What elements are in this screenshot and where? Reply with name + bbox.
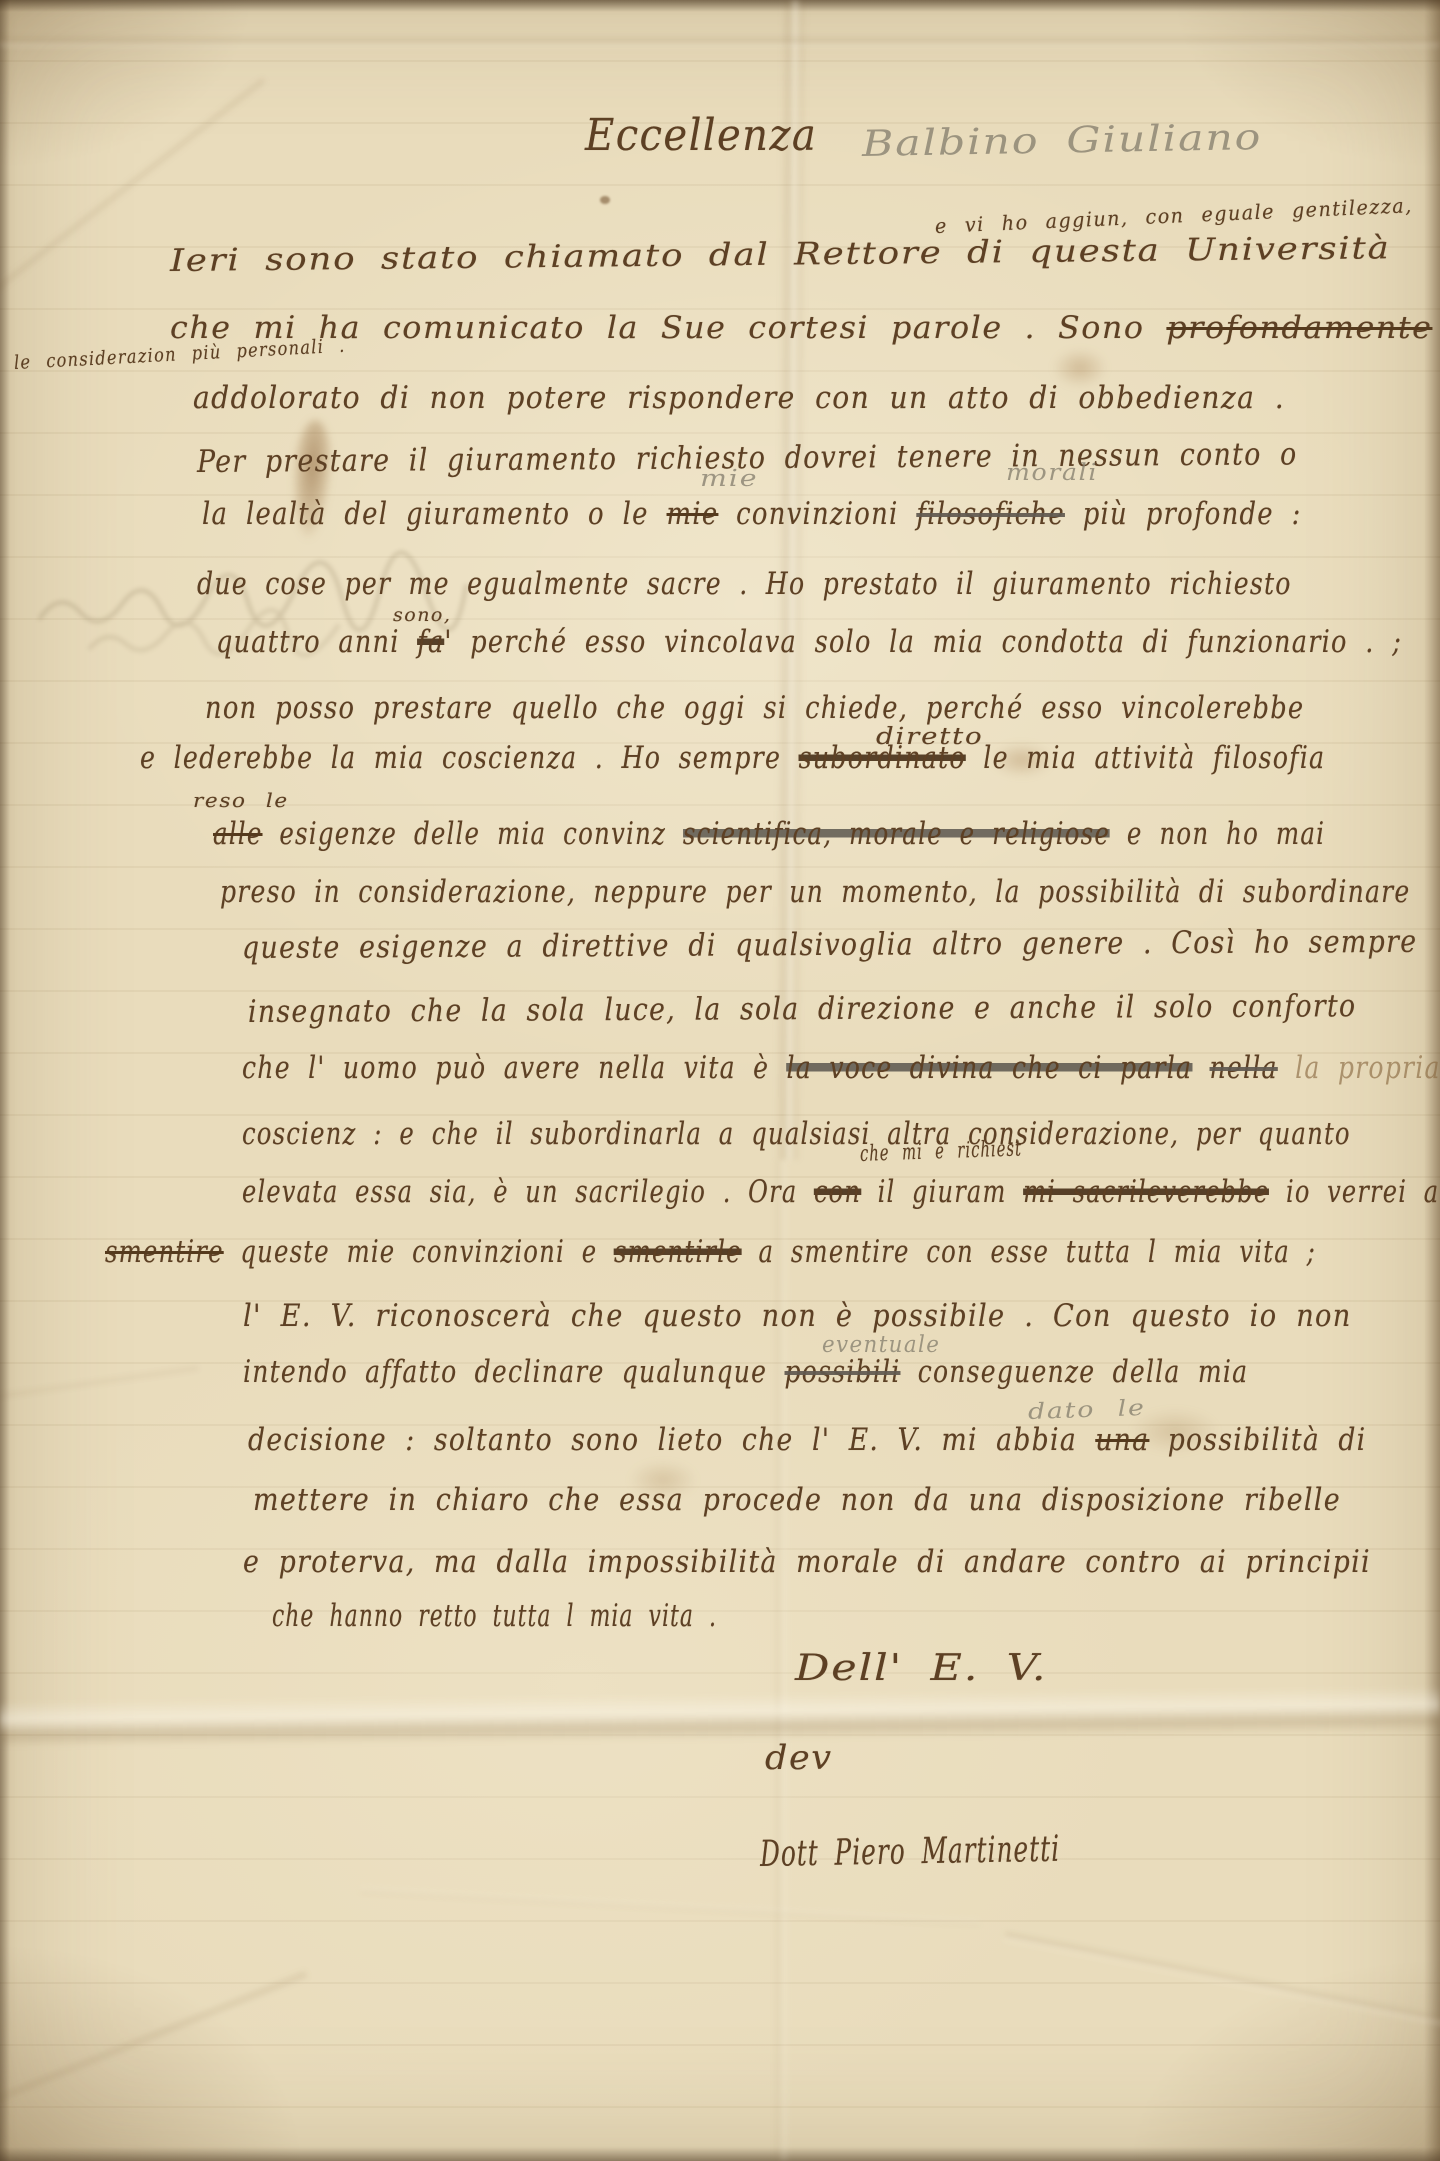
line-05-seg-4: più profonde : bbox=[1065, 496, 1302, 532]
interline-insert-sono-seg-0: sono, bbox=[393, 604, 451, 626]
line-03-seg-0: addolorato di non potere rispondere con … bbox=[193, 380, 1285, 416]
interline-insert-mie: mie bbox=[700, 466, 758, 492]
line-12-seg-0: queste esigenze a direttive di qualsivog… bbox=[242, 924, 1418, 966]
interline-insert-mie-seg-0: mie bbox=[700, 466, 758, 492]
line-09-seg-0: e lederebbe la mia coscienza . Ho sempre bbox=[140, 740, 799, 776]
scan-edge-top bbox=[0, 0, 1440, 12]
line-05-seg-3: filosofiche bbox=[916, 496, 1065, 532]
line-18-seg-0: l' E. V. riconoscerà che questo non è po… bbox=[243, 1298, 1352, 1334]
line-20-seg-2: possibilità di bbox=[1149, 1422, 1366, 1458]
line-09-seg-1: subordinato bbox=[799, 740, 966, 776]
line-10-seg-0: alle bbox=[213, 816, 263, 852]
horizontal-fold-lower bbox=[0, 1686, 1440, 1747]
line-03: addolorato di non potere rispondere con … bbox=[193, 380, 1285, 416]
line-17-seg-3: a smentire con esse tutta l mia vita ; bbox=[742, 1234, 1316, 1270]
interline-insert-richiesto: che mi è richiest bbox=[860, 1136, 1023, 1167]
line-23-seg-0: che hanno retto tutta l mia vita . bbox=[272, 1598, 717, 1634]
line-07-seg-0: quattro anni bbox=[216, 624, 417, 660]
line-07-seg-1: fa bbox=[417, 624, 444, 660]
line-08-seg-0: non posso prestare quello che oggi si ch… bbox=[205, 690, 1304, 726]
line-01: Ieri sono stato chiamato dal Rettore di … bbox=[170, 230, 1391, 279]
line-14-seg-3: nella bbox=[1210, 1050, 1278, 1086]
addressee-pencil: Balbino Giuliano bbox=[862, 117, 1263, 165]
line-16-seg-3: mi sacrileverebbe bbox=[1023, 1174, 1269, 1210]
salutation-seg-0: Eccellenza bbox=[585, 110, 817, 161]
wrinkle-left-mid bbox=[0, 1364, 199, 1404]
line-17-seg-1: queste mie convinzioni e bbox=[224, 1234, 614, 1270]
line-14-seg-5: la propria bbox=[1295, 1050, 1440, 1086]
interline-insert-reso-le-seg-0: reso le bbox=[193, 788, 289, 812]
line-16-seg-1: con bbox=[814, 1174, 861, 1210]
line-20: decisione : soltanto sono lieto che l' E… bbox=[248, 1422, 1366, 1458]
line-16-seg-0: elevata essa sia, è un sacrilegio . Ora bbox=[242, 1174, 814, 1210]
line-01-seg-0: Ieri sono stato chiamato dal Rettore di … bbox=[170, 230, 1391, 279]
line-11: preso in considerazione, neppure per un … bbox=[220, 874, 1410, 910]
line-19-seg-0: intendo affatto declinare qualunque bbox=[243, 1354, 785, 1390]
diagonal-crease-bottom-left bbox=[0, 1969, 308, 2121]
interline-insert-richiesto-seg-0: che mi è richiest bbox=[860, 1136, 1023, 1167]
line-14-seg-1: la voce divina che ci parla bbox=[787, 1050, 1193, 1086]
line-06-seg-0: due cose per me egualmente sacre . Ho pr… bbox=[197, 566, 1292, 602]
line-19-seg-1: possibili bbox=[785, 1354, 901, 1390]
line-19: intendo affatto declinare qualunque poss… bbox=[243, 1354, 1248, 1390]
line-23: che hanno retto tutta l mia vita . bbox=[272, 1598, 717, 1634]
line-16-seg-4: io verrei a bbox=[1269, 1174, 1439, 1210]
salutation: Eccellenza bbox=[585, 110, 817, 161]
line-02: che mi ha comunicato la Sue cortesi paro… bbox=[170, 310, 1432, 346]
interline-insert-reso-le: reso le bbox=[193, 788, 289, 812]
signature-seg-0: Dott Piero Martinetti bbox=[760, 1829, 1061, 1875]
line-16-seg-2: il giuram bbox=[861, 1174, 1023, 1210]
diagonal-crease-bottom-right bbox=[1004, 1930, 1440, 2040]
line-10: alle esigenze delle mia convinz scientif… bbox=[213, 816, 1325, 852]
closing-seg-0: Dell' E. V. bbox=[795, 1648, 1047, 1689]
line-21: mettere in chiaro che essa procede non d… bbox=[253, 1482, 1341, 1518]
line-07-seg-2: ' perché esso vincolava solo la mia cond… bbox=[444, 624, 1402, 660]
line-20-seg-0: decisione : soltanto sono lieto che l' E… bbox=[248, 1422, 1095, 1458]
line-14-seg-4 bbox=[1278, 1050, 1295, 1086]
manuscript-page: EccellenzaBalbino GiulianoIeri sono stat… bbox=[0, 0, 1440, 2161]
line-05-seg-1: mie bbox=[667, 496, 719, 532]
line-17: smentire queste mie convinzioni e smenti… bbox=[105, 1234, 1316, 1270]
line-18: l' E. V. riconoscerà che questo non è po… bbox=[243, 1298, 1352, 1334]
interline-insert-dato-le-seg-0: dato le bbox=[1028, 1396, 1147, 1425]
line-14-seg-0: che l' uomo può avere nella vita è bbox=[242, 1050, 787, 1086]
line-10-seg-1: esigenze delle mia convinz bbox=[263, 816, 683, 852]
line-22: e proterva, ma dalla impossibilità moral… bbox=[243, 1544, 1371, 1580]
line-17-seg-2: smentirle bbox=[614, 1234, 742, 1270]
line-17-seg-0: smentire bbox=[105, 1234, 224, 1270]
valediction: dev bbox=[765, 1738, 833, 1778]
line-10-seg-2: scientifica, morale e religiose bbox=[683, 816, 1110, 852]
foxing-dot bbox=[600, 196, 610, 204]
line-16: elevata essa sia, è un sacrilegio . Ora … bbox=[242, 1174, 1439, 1210]
line-14: che l' uomo può avere nella vita è la vo… bbox=[242, 1050, 1440, 1086]
line-20-seg-1: una bbox=[1095, 1422, 1149, 1458]
scan-edge-left bbox=[0, 0, 10, 2161]
line-09-seg-2: le mia attività filosofia bbox=[966, 740, 1325, 776]
line-09: e lederebbe la mia coscienza . Ho sempre… bbox=[140, 740, 1325, 776]
valediction-seg-0: dev bbox=[765, 1738, 833, 1778]
line-06: due cose per me egualmente sacre . Ho pr… bbox=[197, 566, 1292, 602]
line-11-seg-0: preso in considerazione, neppure per un … bbox=[220, 874, 1410, 910]
interline-insert-sono: sono, bbox=[393, 604, 451, 626]
line-05: la lealtà del giuramento o le mie convin… bbox=[202, 496, 1302, 532]
horizontal-crease-top bbox=[0, 36, 1440, 48]
line-05-seg-0: la lealtà del giuramento o le bbox=[202, 496, 667, 532]
line-13: insegnato che la sola luce, la sola dire… bbox=[248, 988, 1357, 1030]
closing: Dell' E. V. bbox=[795, 1648, 1047, 1689]
scan-edge-bottom bbox=[0, 2147, 1440, 2161]
addressee-pencil-seg-0: Balbino Giuliano bbox=[862, 117, 1263, 165]
line-13-seg-0: insegnato che la sola luce, la sola dire… bbox=[248, 988, 1357, 1030]
line-05-seg-2: convinzioni bbox=[718, 496, 916, 532]
line-14-seg-2 bbox=[1192, 1050, 1209, 1086]
line-15-seg-0: coscienz : e che il subordinarla a quals… bbox=[242, 1116, 1351, 1152]
line-07: quattro anni fa' perché esso vincolava s… bbox=[216, 624, 1402, 660]
line-22-seg-0: e proterva, ma dalla impossibilità moral… bbox=[243, 1544, 1371, 1580]
signature: Dott Piero Martinetti bbox=[760, 1829, 1061, 1875]
line-21-seg-0: mettere in chiaro che essa procede non d… bbox=[253, 1482, 1341, 1518]
interline-insert-dato-le: dato le bbox=[1028, 1396, 1147, 1425]
line-15: coscienz : e che il subordinarla a quals… bbox=[242, 1116, 1351, 1152]
wrinkle-bottom-center bbox=[360, 1886, 980, 1927]
interline-insert-morali-seg-0: morali bbox=[1006, 460, 1098, 486]
line-10-seg-3: e non ho mai bbox=[1110, 816, 1325, 852]
line-08: non posso prestare quello che oggi si ch… bbox=[205, 690, 1304, 726]
interline-insert-morali: morali bbox=[1006, 460, 1098, 486]
line-19-seg-2: conseguenze della mia bbox=[900, 1354, 1248, 1390]
line-02-seg-1: profondamente bbox=[1166, 310, 1432, 346]
line-12: queste esigenze a direttive di qualsivog… bbox=[242, 924, 1418, 966]
